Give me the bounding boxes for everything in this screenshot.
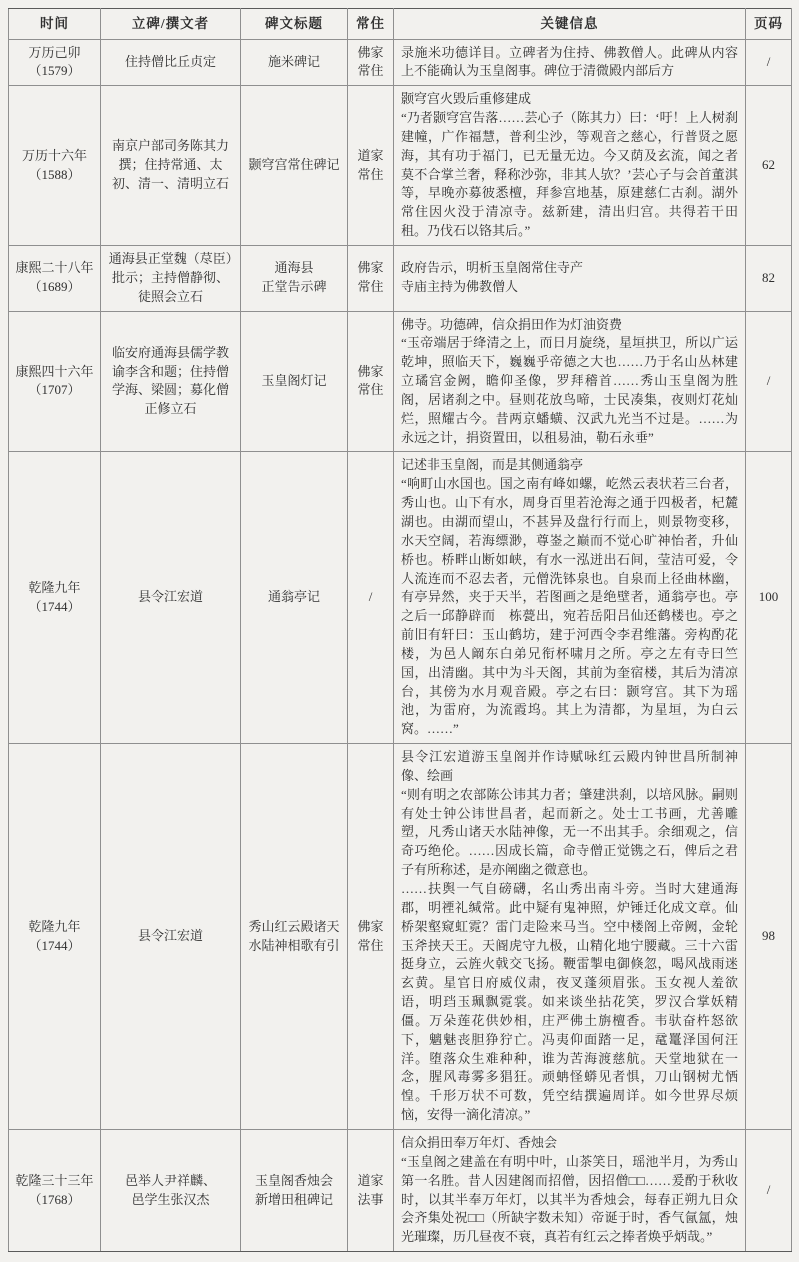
cell-time: 万历十六年 （1588） <box>9 86 101 246</box>
cell-key-info: 记述非玉皇阁，而是其侧通翁亭 “响町山水国也。国之南有峰如螺，屹然云表状若三台者… <box>394 452 746 744</box>
table-row: 康熙四十六年 （1707） 临安府通海县儒学教谕李含和题；住持僧学海、梁圆；募化… <box>9 311 792 452</box>
col-header-author: 立碑/撰文者 <box>101 9 241 40</box>
table-row: 乾隆三十三年 （1768） 邑举人尹祥麟、 邑学生张汉杰 玉皇阁香烛会 新增田租… <box>9 1129 792 1251</box>
stele-inscription-table: 时间 立碑/撰文者 碑文标题 常住 关键信息 页码 万历己卯 （1579） 住持… <box>8 8 792 1252</box>
cell-resident: 道家 法事 <box>348 1129 394 1251</box>
cell-resident: 道家 常住 <box>348 86 394 246</box>
header-row: 时间 立碑/撰文者 碑文标题 常住 关键信息 页码 <box>9 9 792 40</box>
cell-key-info: 佛寺。功德碑，信众捐田作为灯油资费 “玉帝端居于绛清之上，而日月旋绕，星垣拱卫，… <box>394 311 746 452</box>
cell-key-info: 信众捐田奉万年灯、香烛会 “玉皇阁之建盖在有明中叶，山茶笑日，瑶池半月，为秀山第… <box>394 1129 746 1251</box>
cell-time: 乾隆三十三年 （1768） <box>9 1129 101 1251</box>
cell-page: 100 <box>746 452 792 744</box>
table-row: 乾隆九年 （1744） 县令江宏道 通翁亭记 / 记述非玉皇阁，而是其侧通翁亭 … <box>9 452 792 744</box>
cell-page: / <box>746 1129 792 1251</box>
table-row: 乾隆九年 （1744） 县令江宏道 秀山红云殿诸天 水陆神相歌有引 佛家 常住 … <box>9 744 792 1130</box>
col-header-time: 时间 <box>9 9 101 40</box>
table-row: 万历十六年 （1588） 南京户部司务陈其力撰；住持常通、太初、清一、清明立石 … <box>9 86 792 246</box>
cell-resident: 佛家 常住 <box>348 744 394 1130</box>
cell-author: 县令江宏道 <box>101 744 241 1130</box>
table-row: 万历己卯 （1579） 住持僧比丘贞定 施米碑记 佛家 常住 录施米功德详目。立… <box>9 39 792 86</box>
cell-title: 玉皇阁香烛会 新增田租碑记 <box>241 1129 348 1251</box>
cell-page: 62 <box>746 86 792 246</box>
cell-title: 施米碑记 <box>241 39 348 86</box>
cell-page: 82 <box>746 246 792 312</box>
cell-author: 县令江宏道 <box>101 452 241 744</box>
table-row: 康熙二十八年 （1689） 通海县正堂魏（荩臣）批示；主持僧静彻、徒照会立石 通… <box>9 246 792 312</box>
cell-resident: 佛家 常住 <box>348 246 394 312</box>
cell-title: 玉皇阁灯记 <box>241 311 348 452</box>
cell-title: 通海县 正堂告示碑 <box>241 246 348 312</box>
cell-title: 秀山红云殿诸天 水陆神相歌有引 <box>241 744 348 1130</box>
scanned-page: 时间 立碑/撰文者 碑文标题 常住 关键信息 页码 万历己卯 （1579） 住持… <box>0 0 799 1262</box>
col-header-resident: 常住 <box>348 9 394 40</box>
cell-page: 98 <box>746 744 792 1130</box>
cell-resident: 佛家 常住 <box>348 311 394 452</box>
col-header-page: 页码 <box>746 9 792 40</box>
cell-key-info: 政府告示，明析玉皇阁常住寺产 寺庙主持为佛教僧人 <box>394 246 746 312</box>
cell-key-info: 颢穹宫火毁后重修建成 “乃者颢穹宫告落……芸心子（陈其力）曰：‘吁！上人树刹建幢… <box>394 86 746 246</box>
cell-time: 康熙四十六年 （1707） <box>9 311 101 452</box>
cell-time: 康熙二十八年 （1689） <box>9 246 101 312</box>
cell-key-info: 县令江宏道游玉皇阁并作诗赋咏红云殿内钟世昌所制神像、绘画 “则有明之农部陈公讳其… <box>394 744 746 1130</box>
cell-author: 通海县正堂魏（荩臣）批示；主持僧静彻、徒照会立石 <box>101 246 241 312</box>
cell-resident: / <box>348 452 394 744</box>
cell-author: 南京户部司务陈其力撰；住持常通、太初、清一、清明立石 <box>101 86 241 246</box>
cell-resident: 佛家 常住 <box>348 39 394 86</box>
col-header-title: 碑文标题 <box>241 9 348 40</box>
cell-key-info: 录施米功德详目。立碑者为住持、佛教僧人。此碑从内容上不能确认为玉皇阁事。碑位于清… <box>394 39 746 86</box>
cell-page: / <box>746 39 792 86</box>
cell-time: 乾隆九年 （1744） <box>9 452 101 744</box>
cell-time: 乾隆九年 （1744） <box>9 744 101 1130</box>
cell-title: 颢穹宫常住碑记 <box>241 86 348 246</box>
cell-time: 万历己卯 （1579） <box>9 39 101 86</box>
cell-author: 住持僧比丘贞定 <box>101 39 241 86</box>
col-header-info: 关键信息 <box>394 9 746 40</box>
cell-title: 通翁亭记 <box>241 452 348 744</box>
cell-author: 临安府通海县儒学教谕李含和题；住持僧学海、梁圆；募化僧正修立石 <box>101 311 241 452</box>
cell-author: 邑举人尹祥麟、 邑学生张汉杰 <box>101 1129 241 1251</box>
cell-page: / <box>746 311 792 452</box>
